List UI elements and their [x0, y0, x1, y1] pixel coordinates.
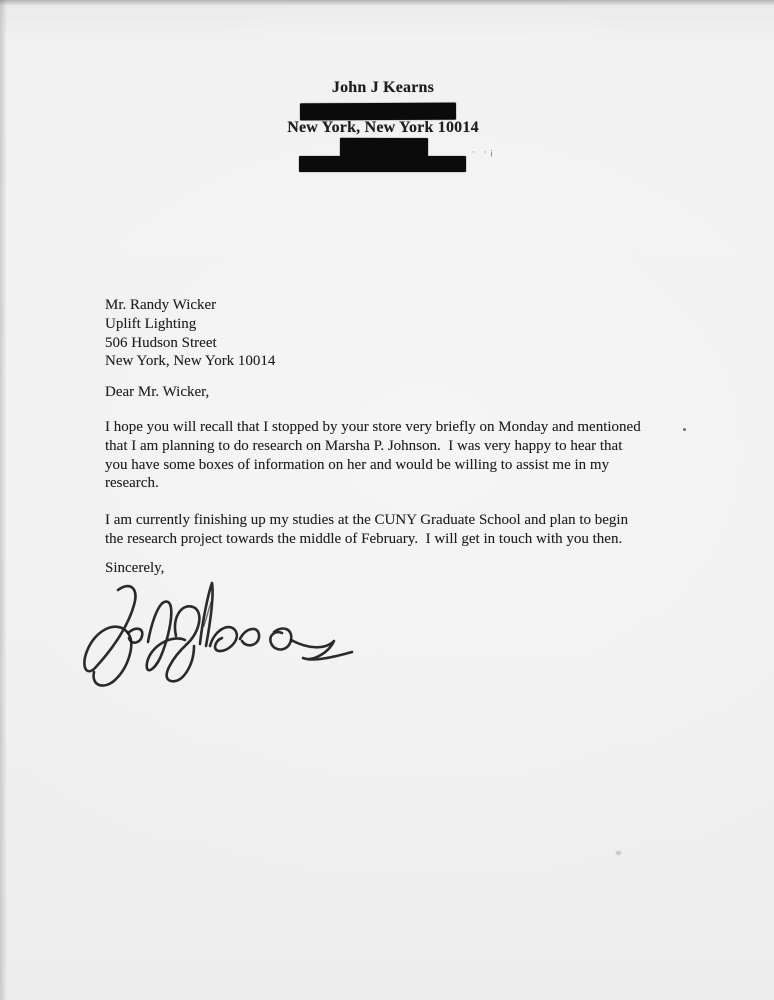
signature-image — [82, 578, 370, 698]
body-line: I am currently finishing up my studies a… — [105, 511, 628, 530]
scan-artifact-marks: · ·¡ — [472, 148, 496, 158]
closing: Sincerely, — [105, 559, 164, 578]
recipient-line: 506 Hudson Street — [105, 334, 275, 353]
redaction-bar-phone-lower — [299, 156, 466, 172]
recipient-line: New York, New York 10014 — [105, 352, 275, 371]
scanned-letter-page: John J Kearns New York, New York 10014 ·… — [0, 0, 774, 1000]
body-line: that I am planning to do research on Mar… — [105, 437, 641, 456]
recipient-address-block: Mr. Randy Wicker Uplift Lighting 506 Hud… — [105, 296, 275, 371]
body-line: you have some boxes of information on he… — [105, 456, 641, 475]
salutation: Dear Mr. Wicker, — [105, 383, 209, 402]
scan-speck — [616, 851, 621, 855]
scan-speck — [683, 428, 686, 431]
body-paragraph-2: I am currently finishing up my studies a… — [105, 511, 628, 549]
handwritten-signature — [82, 578, 370, 698]
body-line: I hope you will recall that I stopped by… — [105, 418, 641, 437]
body-paragraph-1: I hope you will recall that I stopped by… — [105, 418, 641, 493]
redaction-bar-street-address — [300, 103, 456, 121]
sender-city-line: New York, New York 10014 — [270, 119, 496, 137]
recipient-line: Mr. Randy Wicker — [105, 296, 275, 315]
body-line: the research project towards the middle … — [105, 530, 628, 549]
body-line: research. — [105, 474, 641, 493]
recipient-line: Uplift Lighting — [105, 315, 275, 334]
sender-name: John J Kearns — [296, 79, 470, 97]
